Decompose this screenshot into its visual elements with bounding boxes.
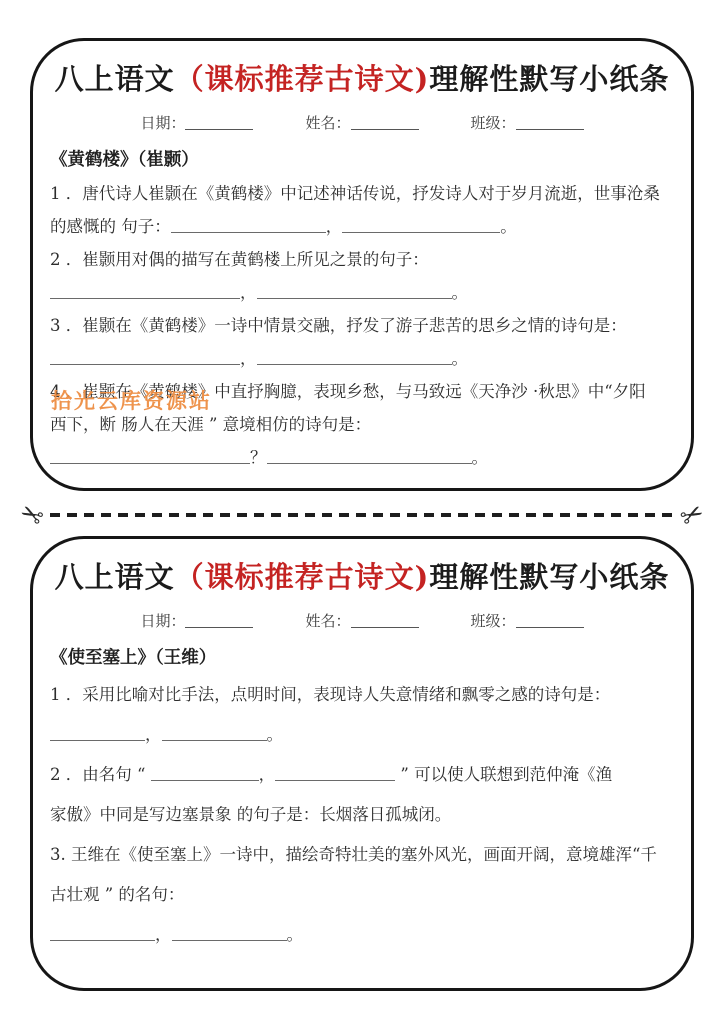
date-label: 日期：	[140, 612, 185, 630]
header-fields: 日期：姓名：班级：	[50, 611, 674, 631]
class-field: 班级：	[471, 113, 584, 133]
question-line: ，。	[50, 276, 674, 309]
answer-blank	[257, 286, 452, 299]
question-text: 。	[500, 217, 517, 236]
question-line: 3 ．崔颢在《黄鹤楼》一诗中情景交融，抒发了游子悲苦的思乡之情的诗句是：	[50, 309, 674, 342]
name-field: 姓名：	[305, 611, 418, 631]
card-title: 八上语文（课标推荐古诗文)理解性默写小纸条	[50, 59, 674, 99]
answer-blank	[50, 352, 240, 365]
question-text: 。	[287, 925, 304, 944]
question-line: ？。	[50, 441, 674, 474]
question-text: 3. 王维在《使至塞上》一诗中，描绘奇特壮美的塞外风光，画面开阔，意境雄浑“千	[50, 845, 657, 864]
card-title-red-segment: （课标推荐古诗文)	[175, 62, 430, 96]
card-title-segment: 理解性默写小纸条	[429, 560, 669, 594]
date-blank	[185, 614, 253, 628]
question-text: 2 ．由名句 “	[50, 765, 151, 784]
question: 2 ．由名句 “ ， ” 可以使人联想到范仲淹《渔家傲》中同是写边塞景象 的句子…	[50, 755, 674, 835]
question-line: 2 ．由名句 “ ， ” 可以使人联想到范仲淹《渔	[50, 755, 674, 795]
dashed-cut-line	[50, 513, 675, 517]
answer-blank	[267, 451, 472, 464]
worksheet-card: 八上语文（课标推荐古诗文)理解性默写小纸条日期：姓名：班级：《使至塞上》（王维）…	[30, 536, 694, 991]
question: 1 ．采用比喻对比手法，点明时间，表现诗人失意情绪和飘零之感的诗句是：，。	[50, 675, 674, 755]
question-text: 西下，断 肠人在天涯 ” 意境相仿的诗句是：	[50, 415, 371, 434]
question-text: 。	[452, 349, 469, 368]
question-text: 古壮观 ” 的名句：	[50, 885, 184, 904]
answer-blank	[257, 352, 452, 365]
card-title: 八上语文（课标推荐古诗文)理解性默写小纸条	[50, 557, 674, 597]
watermark: 拾光云库资源站	[51, 385, 212, 415]
class-blank	[516, 614, 584, 628]
question-text: 。	[472, 448, 489, 467]
question: 2 ．崔颢用对偶的描写在黄鹤楼上所见之景的句子：，。	[50, 243, 674, 309]
question-text: ，	[326, 217, 343, 236]
question-text: ，	[240, 349, 257, 368]
question-line: 古壮观 ” 的名句：	[50, 875, 674, 915]
answer-blank	[342, 220, 500, 233]
question-text: 的感慨的 句子：	[50, 217, 171, 236]
question-text: ，	[259, 765, 276, 784]
question: 1 ．唐代诗人崔颢在《黄鹤楼》中记述神话传说，抒发诗人对于岁月流逝，世事沧桑的感…	[50, 177, 674, 243]
question-line: ，。	[50, 915, 674, 955]
class-label: 班级：	[471, 612, 516, 630]
name-blank	[351, 116, 419, 130]
question-text: 1 ．唐代诗人崔颢在《黄鹤楼》中记述神话传说，抒发诗人对于岁月流逝，世事沧桑	[50, 184, 660, 203]
question-text: 1 ．采用比喻对比手法，点明时间，表现诗人失意情绪和飘零之感的诗句是：	[50, 685, 610, 704]
class-label: 班级：	[471, 114, 516, 132]
question-text: ？	[250, 448, 267, 467]
name-blank	[351, 614, 419, 628]
answer-blank	[172, 928, 287, 941]
question: 3 ．崔颢在《黄鹤楼》一诗中情景交融，抒发了游子悲苦的思乡之情的诗句是：，。	[50, 309, 674, 375]
question-line: ，。	[50, 342, 674, 375]
class-blank	[516, 116, 584, 130]
questions: 1 ．唐代诗人崔颢在《黄鹤楼》中记述神话传说，抒发诗人对于岁月流逝，世事沧桑的感…	[50, 177, 674, 474]
name-label: 姓名：	[305, 612, 350, 630]
scissors-icon: ✂	[15, 498, 48, 532]
question-text: 3 ．崔颢在《黄鹤楼》一诗中情景交融，抒发了游子悲苦的思乡之情的诗句是：	[50, 316, 627, 335]
card-title-segment: 理解性默写小纸条	[429, 62, 669, 96]
date-blank	[185, 116, 253, 130]
answer-blank	[50, 451, 250, 464]
section-title: 《使至塞上》（王维）	[50, 644, 674, 669]
class-field: 班级：	[471, 611, 584, 631]
answer-blank	[50, 928, 155, 941]
worksheet-page: 八上语文（课标推荐古诗文)理解性默写小纸条日期：姓名：班级：《黄鹤楼》（崔颢）1…	[0, 0, 724, 1024]
card-title-red-segment: （课标推荐古诗文)	[175, 560, 430, 594]
question-text: 家傲》中同是写边塞景象 的句子是：长烟落日孤城闭。	[50, 805, 451, 824]
name-label: 姓名：	[305, 114, 350, 132]
question-line: ，。	[50, 715, 674, 755]
answer-blank	[50, 728, 145, 741]
question-line: 2 ．崔颢用对偶的描写在黄鹤楼上所见之景的句子：	[50, 243, 674, 276]
answer-blank	[162, 728, 267, 741]
question-text: 。	[452, 283, 469, 302]
question-text: ，	[155, 925, 172, 944]
question-line: 3. 王维在《使至塞上》一诗中，描绘奇特壮美的塞外风光，画面开阔，意境雄浑“千	[50, 835, 674, 875]
name-field: 姓名：	[305, 113, 418, 133]
scissors-icon: ✂	[676, 498, 709, 532]
section-title: 《黄鹤楼》（崔颢）	[50, 146, 674, 171]
date-field: 日期：	[140, 611, 253, 631]
question-text: ，	[240, 283, 257, 302]
question-line: 的感慨的 句子：，。	[50, 210, 674, 243]
question-line: 家傲》中同是写边塞景象 的句子是：长烟落日孤城闭。	[50, 795, 674, 835]
worksheet-card: 八上语文（课标推荐古诗文)理解性默写小纸条日期：姓名：班级：《黄鹤楼》（崔颢）1…	[30, 38, 694, 491]
questions: 1 ．采用比喻对比手法，点明时间，表现诗人失意情绪和飘零之感的诗句是：，。2 ．…	[50, 675, 674, 955]
card-title-segment: 八上语文	[55, 62, 175, 96]
cut-line: ✂ ✂	[0, 494, 724, 536]
date-field: 日期：	[140, 113, 253, 133]
card-title-segment: 八上语文	[55, 560, 175, 594]
question-text: 。	[267, 725, 284, 744]
question-line: 1 ．采用比喻对比手法，点明时间，表现诗人失意情绪和飘零之感的诗句是：	[50, 675, 674, 715]
question-text: 2 ．崔颢用对偶的描写在黄鹤楼上所见之景的句子：	[50, 250, 429, 269]
question-text: ” 可以使人联想到范仲淹《渔	[395, 765, 612, 784]
date-label: 日期：	[140, 114, 185, 132]
question-text: ，	[145, 725, 162, 744]
question: 3. 王维在《使至塞上》一诗中，描绘奇特壮美的塞外风光，画面开阔，意境雄浑“千古…	[50, 835, 674, 955]
answer-blank	[50, 286, 240, 299]
question-line: 1 ．唐代诗人崔颢在《黄鹤楼》中记述神话传说，抒发诗人对于岁月流逝，世事沧桑	[50, 177, 674, 210]
answer-blank	[275, 768, 395, 781]
header-fields: 日期：姓名：班级：	[50, 113, 674, 133]
answer-blank	[171, 220, 326, 233]
answer-blank	[151, 768, 259, 781]
